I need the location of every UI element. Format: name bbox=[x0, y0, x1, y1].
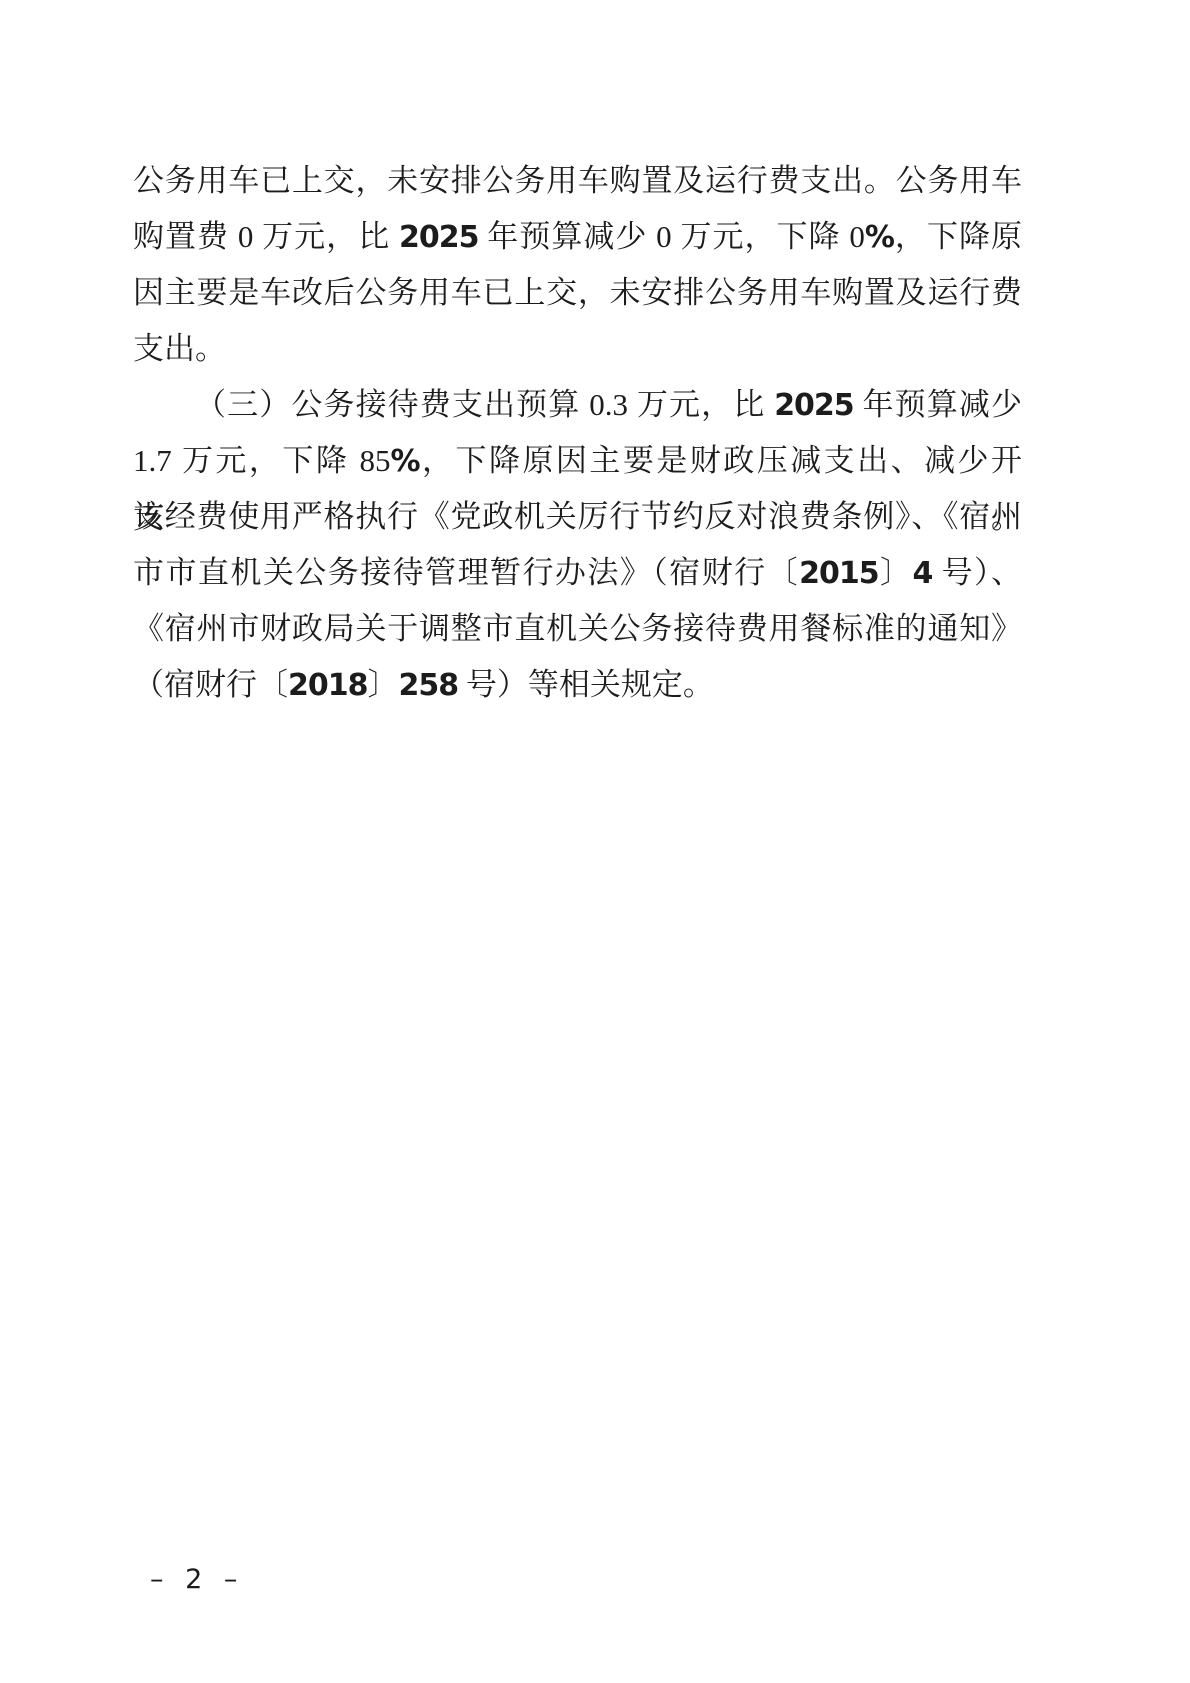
text-run: ，下降原 bbox=[894, 219, 1022, 254]
numeral-run: % bbox=[391, 444, 420, 479]
document-page: 公务用车已上交，未安排公务用车购置及运行费支出。公务用车 购置费 0 万元，比 … bbox=[0, 0, 1190, 1683]
paragraph-vehicle-expense: 公务用车已上交，未安排公务用车购置及运行费支出。公务用车 购置费 0 万元，比 … bbox=[133, 153, 1022, 377]
numeral-run: 258 bbox=[399, 668, 459, 703]
text-run: 市市直机关公务接待管理暂行办法》（宿财行〔 bbox=[133, 555, 799, 590]
text-run: 年预算减少 0 万元，下降 0 bbox=[479, 219, 865, 254]
page-footer: – 2 – bbox=[150, 1560, 237, 1600]
text-line: （宿财行〔2018〕258 号）等相关规定。 bbox=[133, 657, 1022, 713]
text-line: 该经费使用严格执行《党政机关厉行节约反对浪费条例》、《宿州 bbox=[133, 489, 1022, 545]
numeral-run: 4 bbox=[913, 556, 933, 591]
document-body: 公务用车已上交，未安排公务用车购置及运行费支出。公务用车 购置费 0 万元，比 … bbox=[133, 153, 1022, 713]
text-line: 因主要是车改后公务用车已上交，未安排公务用车购置及运行费 bbox=[133, 265, 1022, 321]
text-run: 《宿州市财政局关于调整市直机关公务接待费用餐标准的通知》 bbox=[133, 611, 1022, 646]
text-run: 〕 bbox=[368, 667, 399, 702]
text-run: 1.7 万元，下降 85 bbox=[133, 443, 391, 478]
text-line: 1.7 万元，下降 85%，下降原因主要是财政压减支出、减少开支。 bbox=[133, 433, 1022, 489]
text-line: 购置费 0 万元，比 2025 年预算减少 0 万元，下降 0%，下降原 bbox=[133, 209, 1022, 265]
text-run: 购置费 0 万元，比 bbox=[133, 219, 399, 254]
text-run: （三）公务接待费支出预算 0.3 万元，比 bbox=[195, 387, 774, 422]
text-run: 公务用车已上交，未安排公务用车购置及运行费支出。公务用车 bbox=[133, 163, 1022, 198]
numeral-run: % bbox=[865, 220, 894, 255]
numeral-run: 2025 bbox=[399, 220, 479, 255]
text-run: 年预算减少 bbox=[854, 387, 1022, 422]
numeral-run: 2015 bbox=[799, 556, 879, 591]
numeral-run: 2018 bbox=[288, 668, 368, 703]
numeral-run: 2025 bbox=[774, 388, 854, 423]
paragraph-reception-expense: （三）公务接待费支出预算 0.3 万元，比 2025 年预算减少 1.7 万元，… bbox=[133, 377, 1022, 713]
text-run: 该经费使用严格执行《党政机关厉行节约反对浪费条例》、《宿州 bbox=[133, 499, 1022, 534]
text-line: 支出。 bbox=[133, 321, 1022, 377]
page-number: – 2 – bbox=[150, 1564, 237, 1595]
text-run: 号）等相关规定。 bbox=[458, 667, 714, 702]
text-line: 《宿州市财政局关于调整市直机关公务接待费用餐标准的通知》 bbox=[133, 601, 1022, 657]
text-run: 号）、 bbox=[932, 555, 1022, 590]
text-line: 市市直机关公务接待管理暂行办法》（宿财行〔2015〕4 号）、 bbox=[133, 545, 1022, 601]
text-line: 公务用车已上交，未安排公务用车购置及运行费支出。公务用车 bbox=[133, 153, 1022, 209]
text-line: （三）公务接待费支出预算 0.3 万元，比 2025 年预算减少 bbox=[133, 377, 1022, 433]
text-run: 因主要是车改后公务用车已上交，未安排公务用车购置及运行费 bbox=[133, 275, 1022, 310]
text-run: （宿财行〔 bbox=[133, 667, 288, 702]
text-run: 支出。 bbox=[133, 331, 226, 366]
text-run: 〕 bbox=[879, 555, 913, 590]
